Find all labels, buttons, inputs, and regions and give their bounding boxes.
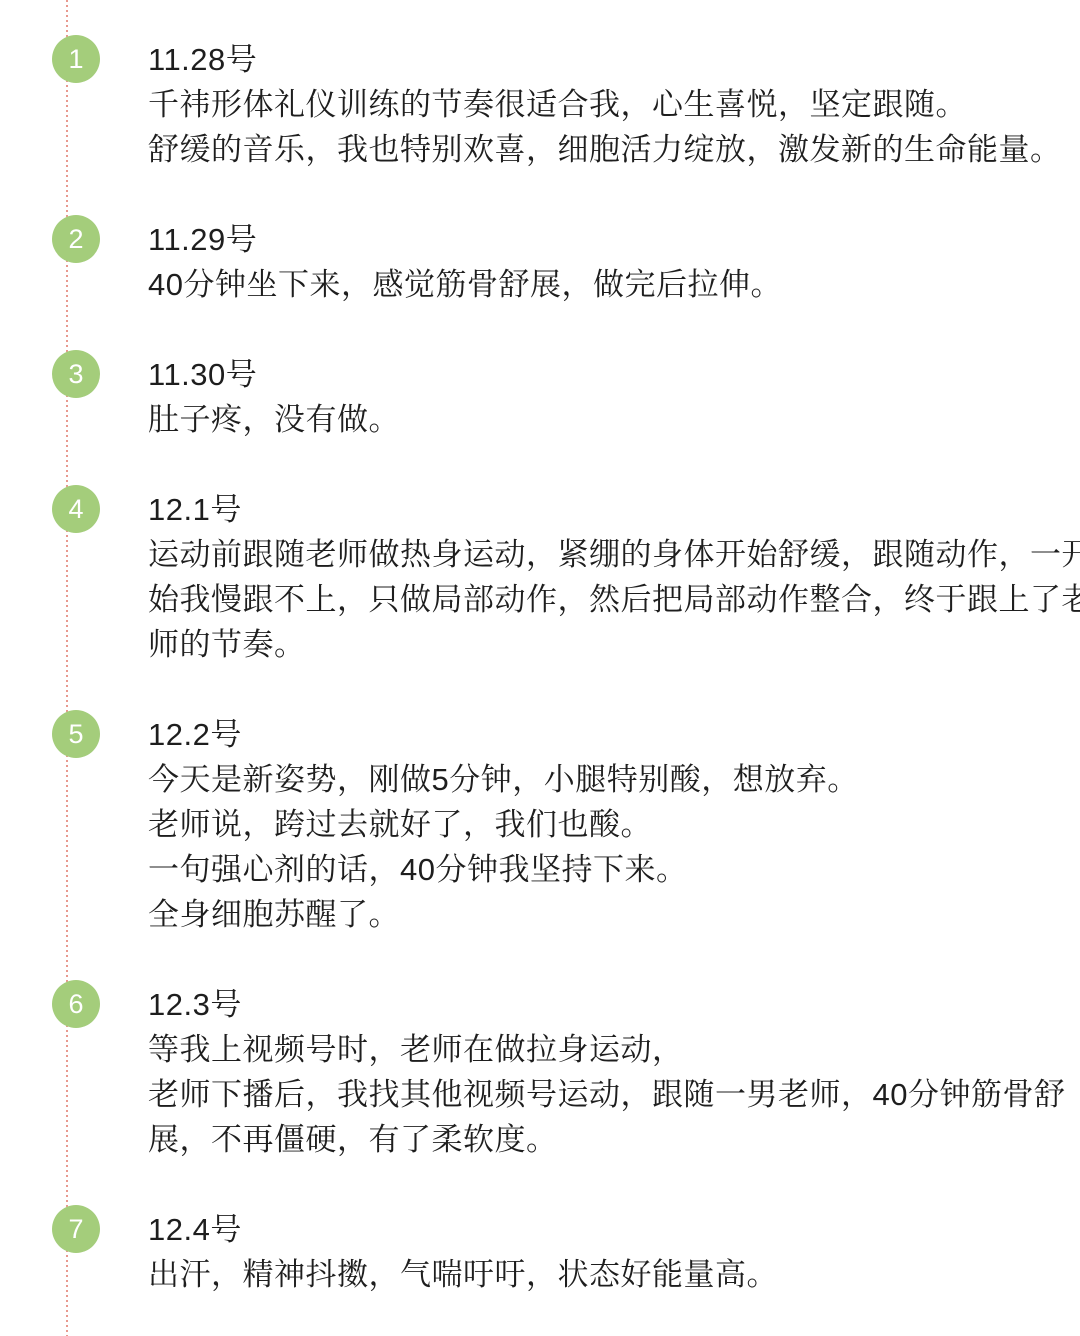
entry-body-line: 今天是新姿势，刚做5分钟，小腿特别酸，想放弃。 xyxy=(148,757,1080,802)
entry-body-line: 全身细胞苏醒了。 xyxy=(148,892,1080,937)
entry-date: 11.29号 xyxy=(148,217,1080,262)
diary-entry: 2 11.29号 40分钟坐下来，感觉筋骨舒展，做完后拉伸。 xyxy=(0,217,1080,307)
entry-body: 等我上视频号时，老师在做拉身运动，老师下播后，我找其他视频号运动，跟随一男老师，… xyxy=(148,1027,1080,1162)
entry-body-line: 千祎形体礼仪训练的节奏很适合我，心生喜悦，坚定跟随。 xyxy=(148,82,1080,127)
diary-entry: 5 12.2号 今天是新姿势，刚做5分钟，小腿特别酸，想放弃。老师说，跨过去就好… xyxy=(0,712,1080,937)
entry-body-line: 运动前跟随老师做热身运动，紧绷的身体开始舒缓，跟随动作，一开 xyxy=(148,532,1080,577)
entry-body-line: 老师说，跨过去就好了，我们也酸。 xyxy=(148,802,1080,847)
entry-body-line: 展，不再僵硬，有了柔软度。 xyxy=(148,1117,1080,1162)
entry-body-line: 老师下播后，我找其他视频号运动，跟随一男老师，40分钟筋骨舒 xyxy=(148,1072,1080,1117)
entry-body-line: 师的节奏。 xyxy=(148,622,1080,667)
entry-date: 12.4号 xyxy=(148,1207,1080,1252)
diary-entry: 4 12.1号 运动前跟随老师做热身运动，紧绷的身体开始舒缓，跟随动作，一开始我… xyxy=(0,487,1080,667)
entry-body-line: 40分钟坐下来，感觉筋骨舒展，做完后拉伸。 xyxy=(148,262,1080,307)
entry-number-badge: 3 xyxy=(52,350,100,398)
diary-entry-list: 1 11.28号 千祎形体礼仪训练的节奏很适合我，心生喜悦，坚定跟随。舒缓的音乐… xyxy=(0,37,1080,1336)
entry-number-badge: 4 xyxy=(52,485,100,533)
entry-number-badge: 1 xyxy=(52,35,100,83)
entry-date: 12.3号 xyxy=(148,982,1080,1027)
entry-date: 12.2号 xyxy=(148,712,1080,757)
entry-body: 肚子疼，没有做。 xyxy=(148,397,1080,442)
entry-number-badge: 2 xyxy=(52,215,100,263)
entry-body: 千祎形体礼仪训练的节奏很适合我，心生喜悦，坚定跟随。舒缓的音乐，我也特别欢喜，细… xyxy=(148,82,1080,172)
entry-number-badge: 7 xyxy=(52,1205,100,1253)
diary-page: 1 11.28号 千祎形体礼仪训练的节奏很适合我，心生喜悦，坚定跟随。舒缓的音乐… xyxy=(0,0,1080,1336)
diary-entry: 1 11.28号 千祎形体礼仪训练的节奏很适合我，心生喜悦，坚定跟随。舒缓的音乐… xyxy=(0,37,1080,172)
entry-number-badge: 5 xyxy=(52,710,100,758)
entry-body-line: 一句强心剂的话，40分钟我坚持下来。 xyxy=(148,847,1080,892)
entry-body-line: 等我上视频号时，老师在做拉身运动， xyxy=(148,1027,1080,1072)
entry-date: 11.30号 xyxy=(148,352,1080,397)
entry-body-line: 出汗，精神抖擞，气喘吁吁，状态好能量高。 xyxy=(148,1252,1080,1297)
entry-body-line: 舒缓的音乐，我也特别欢喜，细胞活力绽放，激发新的生命能量。 xyxy=(148,127,1080,172)
entry-body: 今天是新姿势，刚做5分钟，小腿特别酸，想放弃。老师说，跨过去就好了，我们也酸。一… xyxy=(148,757,1080,937)
entry-body-line: 肚子疼，没有做。 xyxy=(148,397,1080,442)
diary-entry: 6 12.3号 等我上视频号时，老师在做拉身运动，老师下播后，我找其他视频号运动… xyxy=(0,982,1080,1162)
entry-date: 11.28号 xyxy=(148,37,1080,82)
diary-entry: 7 12.4号 出汗，精神抖擞，气喘吁吁，状态好能量高。 xyxy=(0,1207,1080,1297)
entry-body: 40分钟坐下来，感觉筋骨舒展，做完后拉伸。 xyxy=(148,262,1080,307)
entry-date: 12.1号 xyxy=(148,487,1080,532)
diary-entry: 3 11.30号 肚子疼，没有做。 xyxy=(0,352,1080,442)
entry-body: 出汗，精神抖擞，气喘吁吁，状态好能量高。 xyxy=(148,1252,1080,1297)
entry-body-line: 始我慢跟不上，只做局部动作，然后把局部动作整合，终于跟上了老 xyxy=(148,577,1080,622)
entry-body: 运动前跟随老师做热身运动，紧绷的身体开始舒缓，跟随动作，一开始我慢跟不上，只做局… xyxy=(148,532,1080,667)
entry-number-badge: 6 xyxy=(52,980,100,1028)
